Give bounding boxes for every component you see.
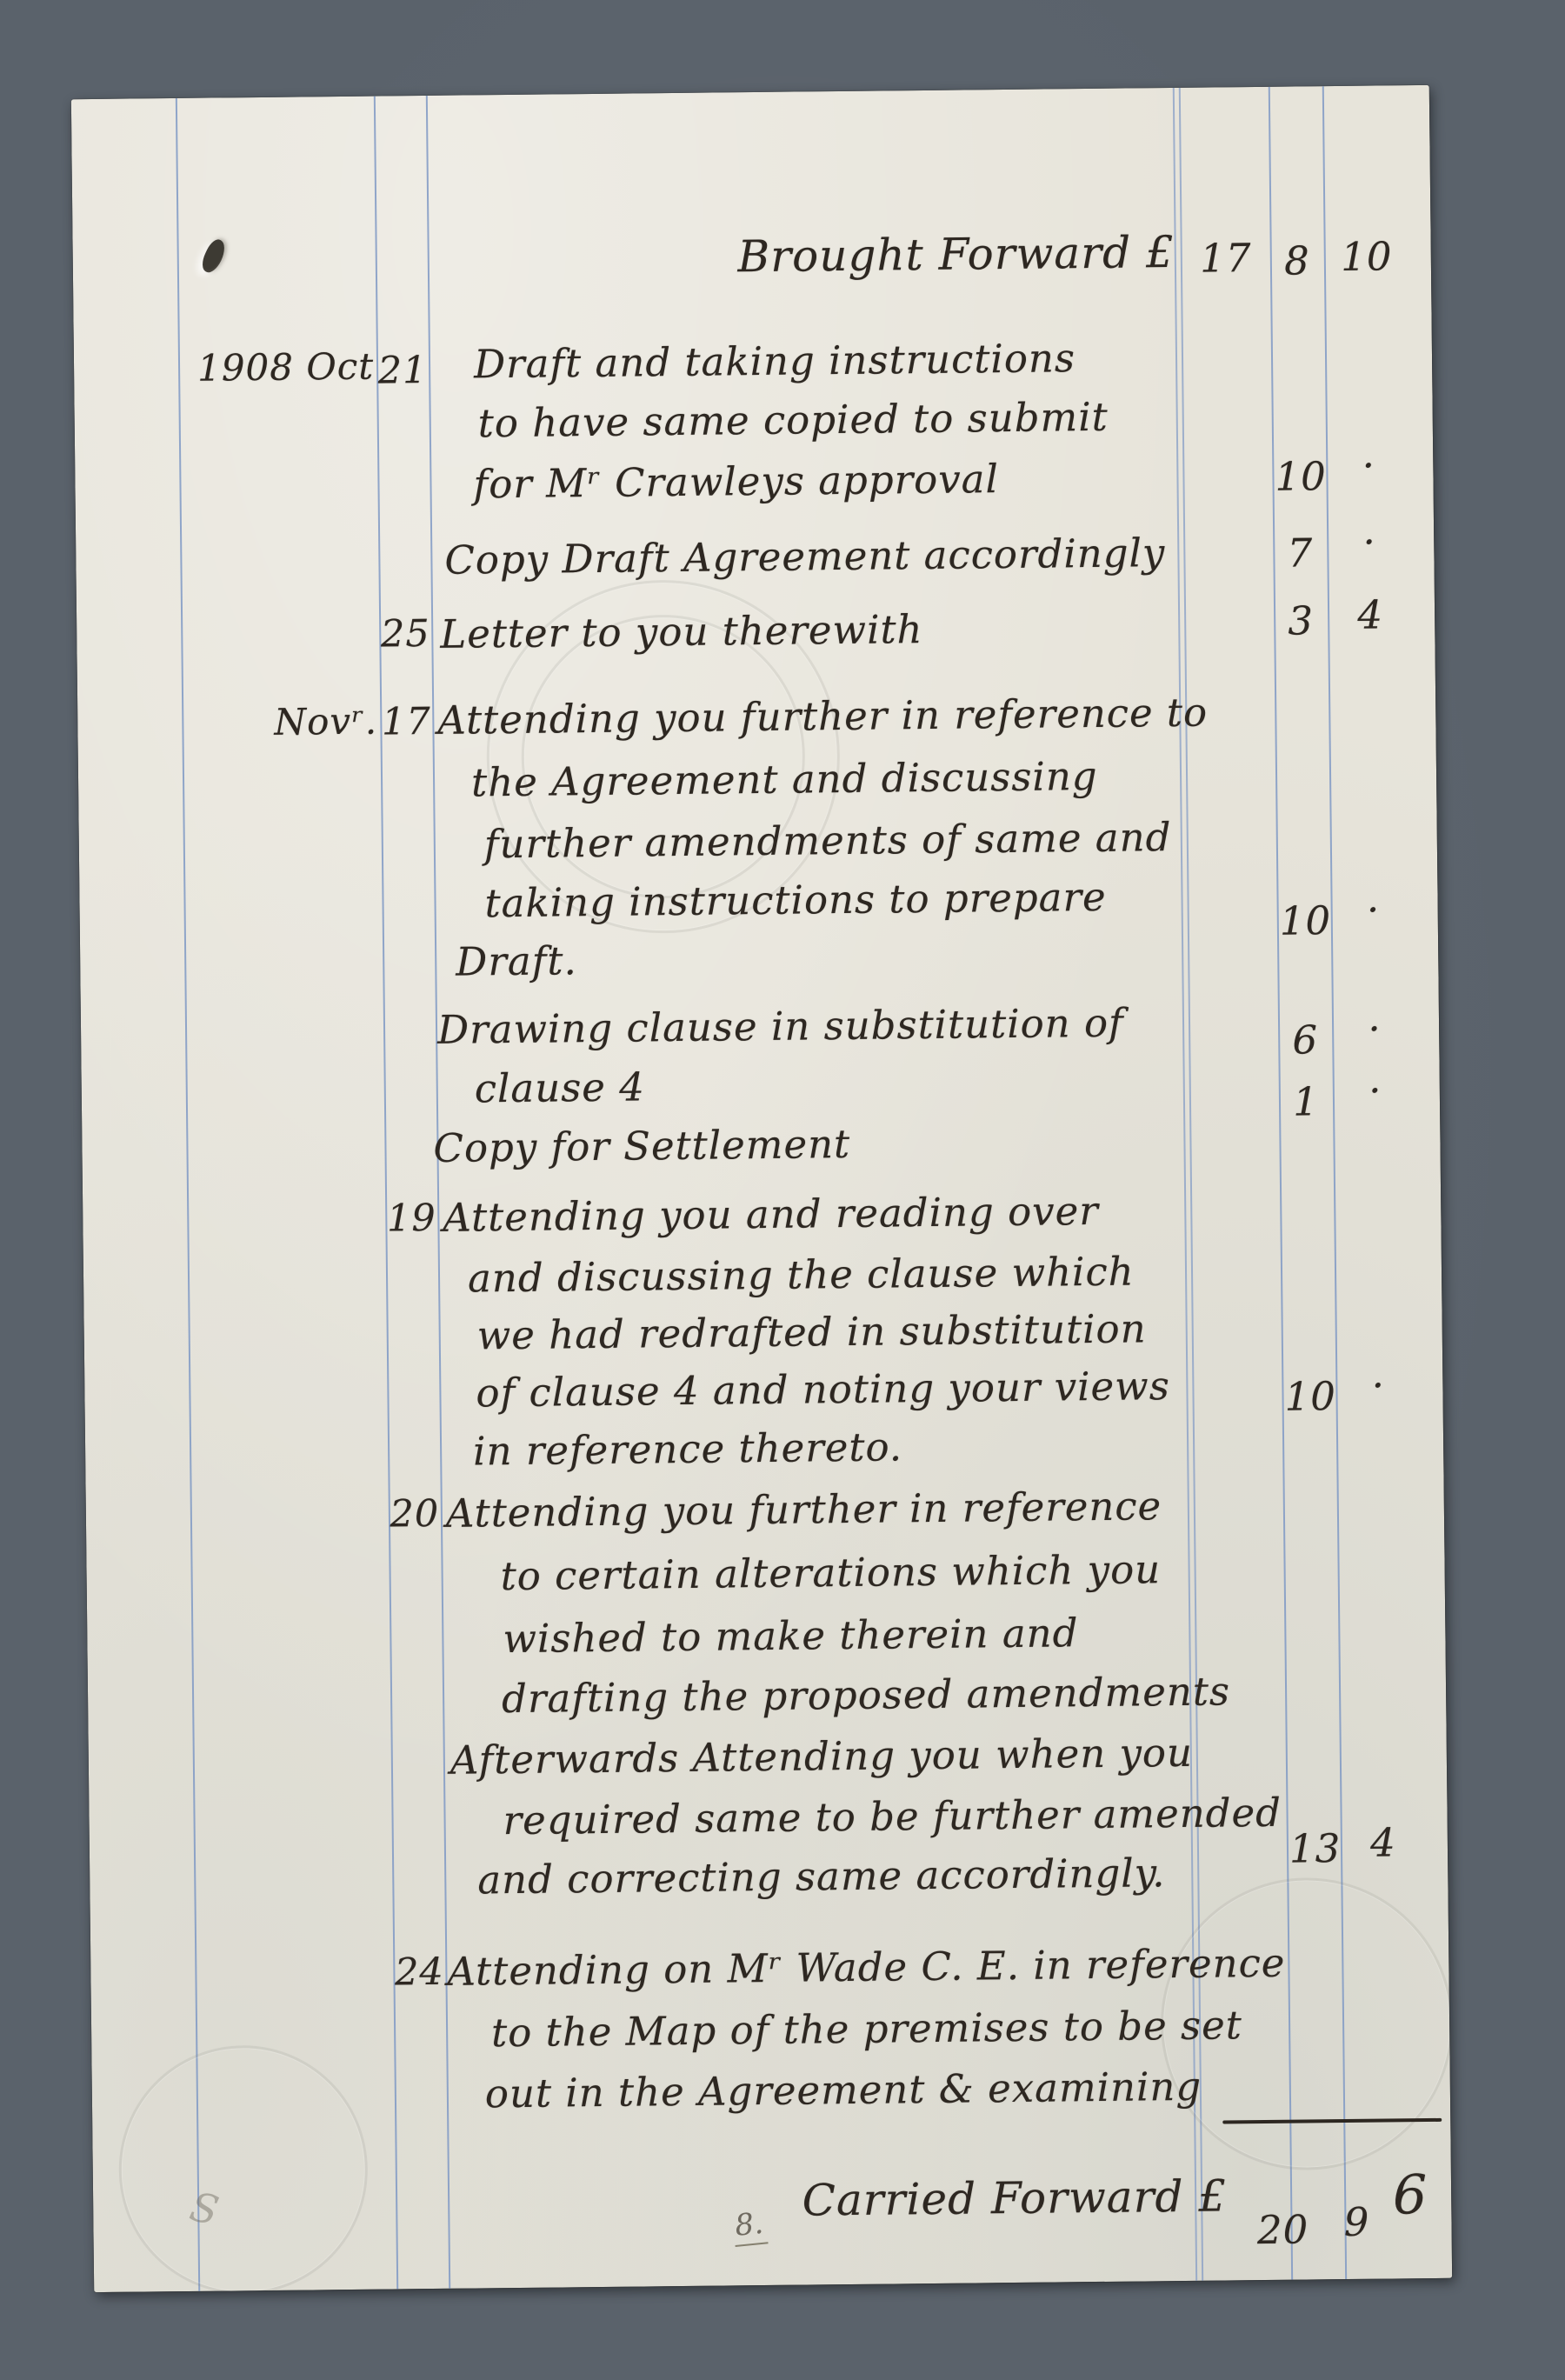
entry-day: 21 xyxy=(377,350,428,392)
amount-pence: 4 xyxy=(1330,593,1411,637)
amount-pence: 4 xyxy=(1343,1821,1424,1864)
entry-line: drafting the proposed amendments xyxy=(502,1670,1230,1720)
entry-date: Novʳ. xyxy=(274,702,377,743)
carried-forward-label: Carried Forward £ xyxy=(802,2172,1227,2224)
entry-line: required same to be further amended xyxy=(503,1791,1282,1843)
entry-line: wished to make therein and xyxy=(503,1611,1079,1660)
entry-day: 24 xyxy=(394,1952,444,1994)
entry-line: to have same copied to submit xyxy=(478,396,1109,445)
embossed-stamp-watermark xyxy=(117,2044,369,2292)
amount-shillings: 3 xyxy=(1276,599,1326,643)
amount-shillings: 13 xyxy=(1289,1827,1339,1870)
amount-shillings: 10 xyxy=(1280,899,1329,943)
entry-line: Draft and taking instructions xyxy=(474,337,1076,386)
brought-forward-shillings: 8 xyxy=(1273,239,1322,283)
entry-line: Attending on Mʳ Wade C. E. in reference xyxy=(447,1942,1285,1994)
entry-line: and correcting same accordingly. xyxy=(477,1851,1166,1902)
amount-pence: · xyxy=(1329,520,1410,563)
carried-forward-pence: 6 xyxy=(1378,2165,1443,2225)
ledger-page: Brought Forward £ 17 8 10 1908 Oct 21 Dr… xyxy=(71,85,1452,2292)
entry-line: out in the Agreement & examining xyxy=(485,2065,1202,2116)
amount-pence: · xyxy=(1329,443,1409,487)
pencil-page-number: 8. xyxy=(731,2205,769,2247)
backing-board: Brought Forward £ 17 8 10 1908 Oct 21 Dr… xyxy=(0,0,1565,2380)
entry-line: to the Map of the premises to be set xyxy=(491,2003,1242,2055)
entry-line: Copy Draft Agreement accordingly xyxy=(444,531,1165,582)
entry-line: Afterwards Attending you when you xyxy=(450,1731,1194,1782)
entry-line: the Agreement and discussing xyxy=(471,755,1098,804)
entry-line: Attending you and reading over xyxy=(443,1190,1099,1239)
entry-day: 17 xyxy=(381,702,431,743)
margin-rule xyxy=(176,98,200,2291)
amount-shillings: 10 xyxy=(1284,1375,1334,1418)
entry-line: Attending you further in reference to xyxy=(437,691,1208,743)
entry-line: in reference thereto. xyxy=(473,1425,902,1473)
entry-line: to certain alterations which you xyxy=(500,1548,1161,1597)
brought-forward-pounds: 17 xyxy=(1189,237,1264,280)
entry-line: for Mʳ Crawleys approval xyxy=(473,457,999,506)
entry-day: 25 xyxy=(380,614,430,656)
amount-shillings: 10 xyxy=(1275,455,1324,498)
amount-shillings: 6 xyxy=(1281,1018,1330,1062)
entry-day: 19 xyxy=(386,1198,436,1240)
amount-pence: · xyxy=(1333,888,1414,931)
amount-pence: · xyxy=(1335,1007,1415,1050)
brought-forward-pence: 10 xyxy=(1327,235,1408,278)
entry-line: Attending you further in reference xyxy=(446,1484,1162,1535)
brought-forward-label: Brought Forward £ xyxy=(737,229,1175,281)
entry-line: of clause 4 and noting your views xyxy=(476,1364,1170,1415)
entry-line: Letter to you therewith xyxy=(440,608,923,656)
entry-line: we had redrafted in substitution xyxy=(476,1307,1146,1357)
entry-line: Draft. xyxy=(456,939,577,983)
paper-hole xyxy=(198,237,229,276)
entry-line: and discussing the clause which xyxy=(468,1250,1135,1301)
amount-pence: · xyxy=(1335,1069,1416,1112)
entry-day: 20 xyxy=(390,1494,440,1536)
amount-shillings: 1 xyxy=(1282,1080,1331,1123)
amount-shillings: 7 xyxy=(1275,531,1325,575)
entry-date: 1908 Oct xyxy=(197,347,375,389)
carried-forward-pounds: 20 xyxy=(1251,2208,1315,2251)
entry-line: further amendments of same and xyxy=(484,816,1172,866)
entry-line: Copy for Settlement xyxy=(433,1123,850,1170)
amount-pence: · xyxy=(1338,1363,1419,1407)
entry-line: taking instructions to prepare xyxy=(484,876,1107,925)
entry-line: clause 4 xyxy=(475,1065,646,1110)
entry-line: Drawing clause in substitution of xyxy=(437,1002,1124,1052)
carried-forward-shillings: 9 xyxy=(1333,2201,1381,2244)
